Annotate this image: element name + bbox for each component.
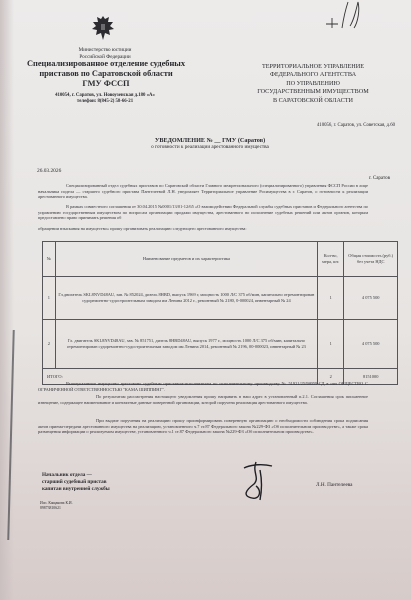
paragraph-intro: Специализированный отдел судебных приста… [38, 183, 368, 200]
coat-of-arms-icon [90, 14, 116, 42]
recipient-name: ТЕРРИТОРИАЛЬНОЕ УПРАВЛЕНИЕ ФЕДЕРАЛЬНОГО … [238, 63, 388, 105]
cell-quantity: 1 [317, 320, 343, 369]
paragraph-request: обращении взыскания на имущество» прошу … [38, 226, 368, 232]
header-quantity: Кол-во, мера, шт. [317, 242, 343, 277]
paragraph-agreement: В рамках совместного соглашения от 30.04… [38, 204, 368, 221]
paragraph-response: По результатам рассмотрения настоящего у… [38, 394, 368, 405]
table-row: 1 Гл.двигатель SKL8NVD48AU, зав. № 85202… [43, 277, 398, 320]
cell-number: 1 [43, 277, 56, 320]
notice-subtitle: о готовности к реализации арестованного … [60, 144, 360, 150]
header-name: Наименование предметов и их характеристи… [55, 242, 317, 277]
notice-title: УВЕДОМЛЕНИЕ № __ ГМУ (Саратов) [60, 137, 360, 144]
handwritten-mark-icon [318, 0, 378, 30]
document-city: г. Саратов [330, 176, 390, 181]
cell-number: 2 [43, 320, 56, 369]
cell-name: Гл.двигатель SKL8NVD48AU, зав. № 852024,… [55, 277, 317, 320]
signatory-role: Начальник отдела — старший судебный прис… [42, 472, 152, 492]
executor-info: Исп. Кащанова К.И. 89873810621 [40, 501, 130, 511]
header-number: № [43, 242, 56, 277]
department-name: Специализированное отделение судебных пр… [18, 59, 194, 89]
cell-name: Гл. двигатель SKL8NVD48AU, зав. № 851751… [55, 320, 317, 369]
signatory-name: Л.Н. Пантелеева [316, 482, 386, 488]
signature-icon [238, 460, 278, 502]
recipient-address: 410056, г. Саратов, ул. Советская, д.60 [240, 123, 395, 128]
document-page: Министерство юстиции Российской Федераци… [0, 0, 411, 600]
property-table: № Наименование предметов и их характерис… [42, 241, 398, 385]
cell-cost: 4 075 500 [344, 277, 398, 320]
paragraph-instructions: При выдаче поручения на реализацию прошу… [38, 418, 368, 435]
document-date: 26.03.2026 [37, 168, 61, 174]
table-header-row: № Наименование предметов и их характерис… [43, 242, 398, 277]
cell-quantity: 1 [317, 277, 343, 320]
table-row: 2 Гл. двигатель SKL8NVD48AU, зав. № 8517… [43, 320, 398, 369]
header-cost: Общая стоимость (руб.) без учета НДС [344, 242, 398, 277]
sender-address: 410054, г. Саратов, ул. Новоузенская д.1… [20, 93, 190, 105]
paragraph-enforcement: Вышеуказанное имущество арестовано судеб… [38, 381, 368, 392]
cell-cost: 4 075 500 [344, 320, 398, 369]
